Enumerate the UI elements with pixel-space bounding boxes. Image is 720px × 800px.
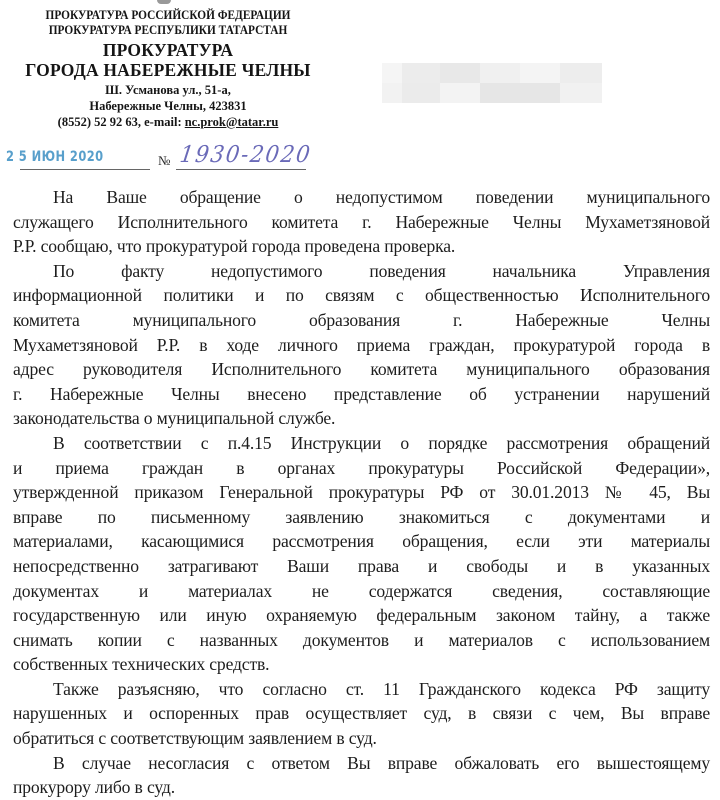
paragraph-appeal: В случае несогласия с ответом Вы вправе … bbox=[13, 751, 710, 800]
letterhead-email-link[interactable]: nc.prok@tatar.ru bbox=[185, 115, 279, 129]
text-line: служащего Исполнительного комитета г. На… bbox=[13, 210, 710, 235]
letterhead-contacts: (8552) 52 92 63, e-mail: nc.prok@tatar.r… bbox=[18, 115, 318, 131]
text-line: непосредственно затрагивают Ваши права и… bbox=[13, 554, 710, 579]
letterhead-address-city: Набережные Челны, 423831 bbox=[18, 99, 318, 115]
text-line: На Ваше обращение о недопустимом поведен… bbox=[13, 185, 710, 210]
text-line: адрес руководителя Исполнительного комит… bbox=[13, 357, 710, 382]
text-line: В случае несогласия с ответом Вы вправе … bbox=[13, 751, 710, 776]
text-line: Р.Р. сообщаю, что прокуратурой города пр… bbox=[13, 234, 710, 259]
text-line: г. Набережные Челны внесено представлени… bbox=[13, 382, 710, 407]
paragraph-representation: По факту недопустимого поведения начальн… bbox=[13, 259, 710, 431]
reference-line: 2 5 ИЮН 2020 № 1930-2020 bbox=[0, 146, 340, 176]
text-line: информационной политики и по связям с об… bbox=[13, 283, 710, 308]
letterhead-address-street: Ш. Усманова ул., 51-а, bbox=[18, 83, 318, 99]
text-line: документах и материалах не содержатся св… bbox=[13, 579, 710, 604]
text-line: обратиться с соответствующим заявлением … bbox=[13, 726, 710, 751]
text-line: комитета муниципального образования г. Н… bbox=[13, 308, 710, 333]
number-sign: № bbox=[158, 153, 170, 169]
text-line: государственную или иную охраняемую феде… bbox=[13, 603, 710, 628]
text-line: прокурору либо в суд. bbox=[13, 775, 710, 800]
text-line: снимать копии с названных документов и м… bbox=[13, 628, 710, 653]
redacted-recipient-block bbox=[382, 63, 602, 103]
coat-of-arms-icon bbox=[157, 0, 171, 4]
date-stamp: 2 5 ИЮН 2020 bbox=[6, 149, 104, 165]
letterhead-title-city: ГОРОДА НАБЕРЕЖНЫЕ ЧЕЛНЫ bbox=[18, 60, 318, 80]
paragraph-court-rights: Также разъясняю, что согласно ст. 11 Гра… bbox=[13, 677, 710, 751]
letter-body: На Ваше обращение о недопустимом поведен… bbox=[13, 185, 710, 800]
text-line: нарушенных и оспоренных прав осуществляе… bbox=[13, 701, 710, 726]
text-line: утвержденной приказом Генеральной прокур… bbox=[13, 480, 710, 505]
date-underline bbox=[20, 169, 150, 170]
letterhead: ПРОКУРАТУРА РОССИЙСКОЙ ФЕДЕРАЦИИ ПРОКУРА… bbox=[18, 8, 318, 130]
text-line: Мухаметзяновой Р.Р. в ходе личного прием… bbox=[13, 333, 710, 358]
text-line: материалами, касающимися рассмотрения об… bbox=[13, 529, 710, 554]
paragraph-document-access: В соответствии с п.4.15 Инструкции о пор… bbox=[13, 431, 710, 677]
letterhead-line-federal: ПРОКУРАТУРА РОССИЙСКОЙ ФЕДЕРАЦИИ bbox=[29, 8, 308, 23]
text-line: законодательства о муниципальной службе. bbox=[13, 406, 710, 431]
letterhead-line-republic: ПРОКУРАТУРА РЕСПУБЛИКИ ТАТАРСТАН bbox=[29, 23, 308, 38]
letterhead-phone: (8552) 52 92 63, e-mail: bbox=[58, 115, 185, 129]
outgoing-number: 1930-2020 bbox=[178, 142, 313, 168]
number-underline bbox=[176, 169, 306, 170]
text-line: По факту недопустимого поведения начальн… bbox=[13, 259, 710, 284]
letterhead-title-prosecutor: ПРОКУРАТУРА bbox=[18, 40, 318, 60]
paragraph-inspection: На Ваше обращение о недопустимом поведен… bbox=[13, 185, 710, 259]
text-line: Также разъясняю, что согласно ст. 11 Гра… bbox=[13, 677, 710, 702]
text-line: собственных технических средств. bbox=[13, 652, 710, 677]
text-line: вправе по письменному заявлению знакомит… bbox=[13, 505, 710, 530]
text-line: и приема граждан в органах прокуратуры Р… bbox=[13, 456, 710, 481]
text-line: В соответствии с п.4.15 Инструкции о пор… bbox=[13, 431, 710, 456]
